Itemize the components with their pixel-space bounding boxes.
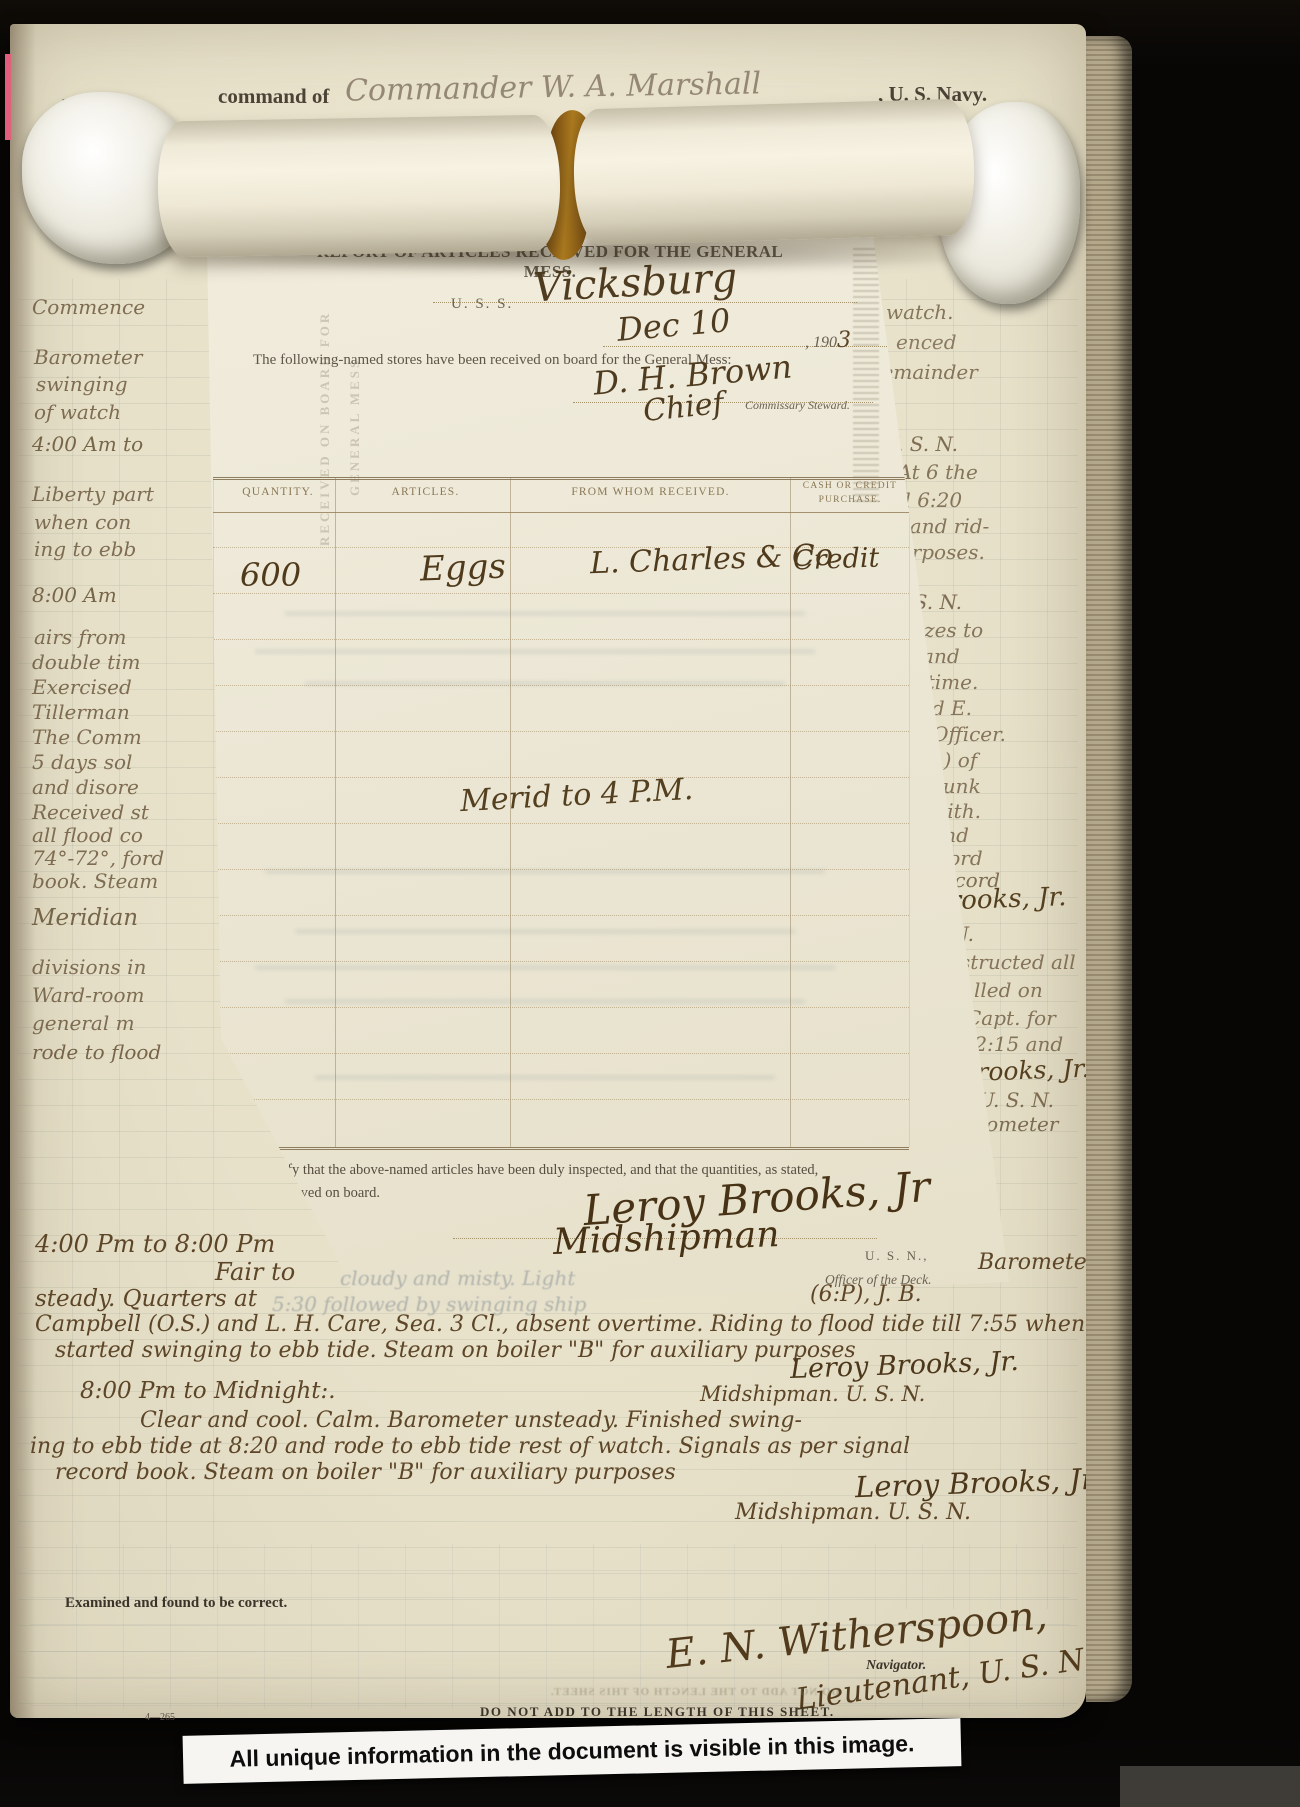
row-purchase: Credit bbox=[792, 543, 879, 577]
right-fragment: Capt. for bbox=[966, 1006, 1056, 1030]
year-printed: , 1903 bbox=[805, 328, 851, 353]
do-not-add-text: DO NOT ADD TO THE LENGTH OF THIS SHEET. bbox=[480, 1704, 835, 1720]
ship-label: U. S. S. bbox=[451, 296, 513, 313]
certify-line2: actually received on board. bbox=[223, 1185, 380, 1202]
left-fragment: Liberty part bbox=[32, 482, 154, 506]
year-digit-script: 3 bbox=[837, 328, 851, 353]
paper-roll-right bbox=[572, 98, 976, 245]
mid-note-script: Merid to 4 P.M. bbox=[459, 772, 694, 819]
right-fragment: lled on bbox=[974, 978, 1043, 1002]
steward-title-printed: Commissary Steward. bbox=[745, 398, 850, 413]
left-fragment: and disore bbox=[32, 775, 139, 799]
watch2-line3: record book. Steam on boiler "B" for aux… bbox=[55, 1460, 676, 1485]
watch2-heading: 8:00 Pm to Midnight:. bbox=[80, 1378, 336, 1404]
examined-text: Examined and found to be correct. bbox=[65, 1595, 287, 1612]
row-quantity: 600 bbox=[240, 556, 301, 594]
table-header-quantity: QUANTITY. bbox=[223, 486, 333, 498]
left-fragment: general m bbox=[32, 1011, 135, 1035]
left-fragment: double tim bbox=[32, 650, 141, 674]
ghost-print-vertical: GENERAL MESS bbox=[347, 296, 363, 496]
left-fragment: airs from bbox=[34, 625, 126, 649]
left-fragment: The Comm bbox=[32, 725, 142, 749]
table-header-articles: ARTICLES. bbox=[343, 486, 508, 498]
left-fragment: all flood co bbox=[32, 823, 143, 847]
left-fragment: divisions in bbox=[32, 955, 146, 979]
left-fragment: Commence bbox=[32, 295, 145, 319]
book-fore-edge bbox=[1086, 36, 1132, 1702]
date-script: Dec 10 bbox=[616, 301, 732, 349]
row-articles: Eggs bbox=[419, 547, 506, 590]
paper-roll-left bbox=[157, 115, 561, 258]
left-fragment: when con bbox=[34, 510, 131, 534]
header-command-of: command of bbox=[218, 84, 329, 109]
watch1-rank: Midshipman. U. S. N. bbox=[700, 1382, 925, 1406]
table-surface-sliver bbox=[1120, 1766, 1300, 1807]
ghost-print-column bbox=[853, 248, 879, 503]
deck-officer-rank-script: Midshipman bbox=[552, 1214, 780, 1263]
left-fragment: Exercised bbox=[32, 675, 132, 699]
logbook-page: u command of Commander W. A. Marshall , … bbox=[10, 24, 1086, 1718]
watch1-heading: 4:00 Pm to 8:00 Pm bbox=[35, 1230, 275, 1258]
watch2-rank: Midshipman. U. S. N. bbox=[735, 1500, 971, 1525]
caption-strip: All unique information in the document i… bbox=[183, 1718, 962, 1784]
left-fragment: swinging bbox=[36, 372, 128, 396]
watch1-jb: (6:P), J. B. bbox=[810, 1282, 922, 1307]
left-fragment: book. Steam bbox=[32, 869, 158, 893]
left-fragment: Barometer bbox=[34, 345, 142, 369]
right-fragment: U. S. N. bbox=[978, 1088, 1054, 1112]
steward-signature-line2: Chief bbox=[641, 386, 725, 429]
pink-edge-ribbon bbox=[5, 54, 11, 140]
left-fragment: ing to ebb bbox=[34, 537, 136, 561]
photo-of-logbook: u command of Commander W. A. Marshall , … bbox=[0, 0, 1300, 1807]
mirrored-showthrough-text: DO NOT ADD TO THE LENGTH OF THIS SHEET. bbox=[550, 1686, 840, 1698]
table-header-from-whom: FROM WHOM RECEIVED. bbox=[513, 486, 788, 498]
form-number: 4—265 bbox=[145, 1712, 175, 1723]
left-fragment: 74°-72°, ford bbox=[32, 846, 164, 870]
left-fragment: Received st bbox=[32, 800, 149, 824]
watch1-line4: started swinging to ebb tide. Steam on b… bbox=[55, 1338, 856, 1363]
left-fragment: Ward-room bbox=[32, 983, 144, 1007]
caption-text: All unique information in the document i… bbox=[229, 1730, 914, 1773]
watch1-line3: Campbell (O.S.) and L. H. Care, Sea. 3 C… bbox=[35, 1312, 1085, 1337]
right-fragment: structed all bbox=[960, 950, 1076, 974]
usn-printed: U. S. N., bbox=[865, 1248, 929, 1264]
watch1-ghost-text: cloudy and misty. Light bbox=[340, 1266, 575, 1290]
watch2-line2: ing to ebb tide at 8:20 and rode to ebb … bbox=[30, 1434, 910, 1459]
ghost-print-vertical: RECEIVED ON BOARD FOR bbox=[317, 276, 333, 546]
left-fragment: 4:00 Am to bbox=[32, 432, 143, 456]
header-commander-name-script: Commander W. A. Marshall bbox=[345, 66, 762, 108]
left-fragment: rode to flood bbox=[32, 1040, 161, 1064]
right-fragment: watch. bbox=[886, 300, 954, 324]
left-fragment: Meridian bbox=[32, 905, 138, 931]
right-fragment: enced bbox=[896, 330, 957, 354]
watch1-barometer: Barometer bbox=[978, 1250, 1097, 1275]
left-fragment: of watch bbox=[34, 400, 121, 424]
left-fragment: Tillerman bbox=[32, 700, 130, 724]
mess-report-form: REPORT OF ARTICLES RECEIVED FOR THE GENE… bbox=[165, 230, 1015, 1320]
navigator-label-printed: Navigator. bbox=[866, 1658, 926, 1674]
watch1-fair-to: Fair to bbox=[215, 1258, 295, 1286]
table-header-cash-credit: CASH OR CREDIT bbox=[792, 481, 908, 491]
table-header-purchase: PURCHASE. bbox=[792, 495, 908, 505]
left-fragment: 8:00 Am bbox=[32, 583, 117, 607]
left-fragment: 5 days sol bbox=[32, 750, 132, 774]
watch2-line1: Clear and cool. Calm. Barometer unsteady… bbox=[140, 1408, 802, 1433]
watch1-steady: steady. Quarters at bbox=[35, 1286, 257, 1312]
